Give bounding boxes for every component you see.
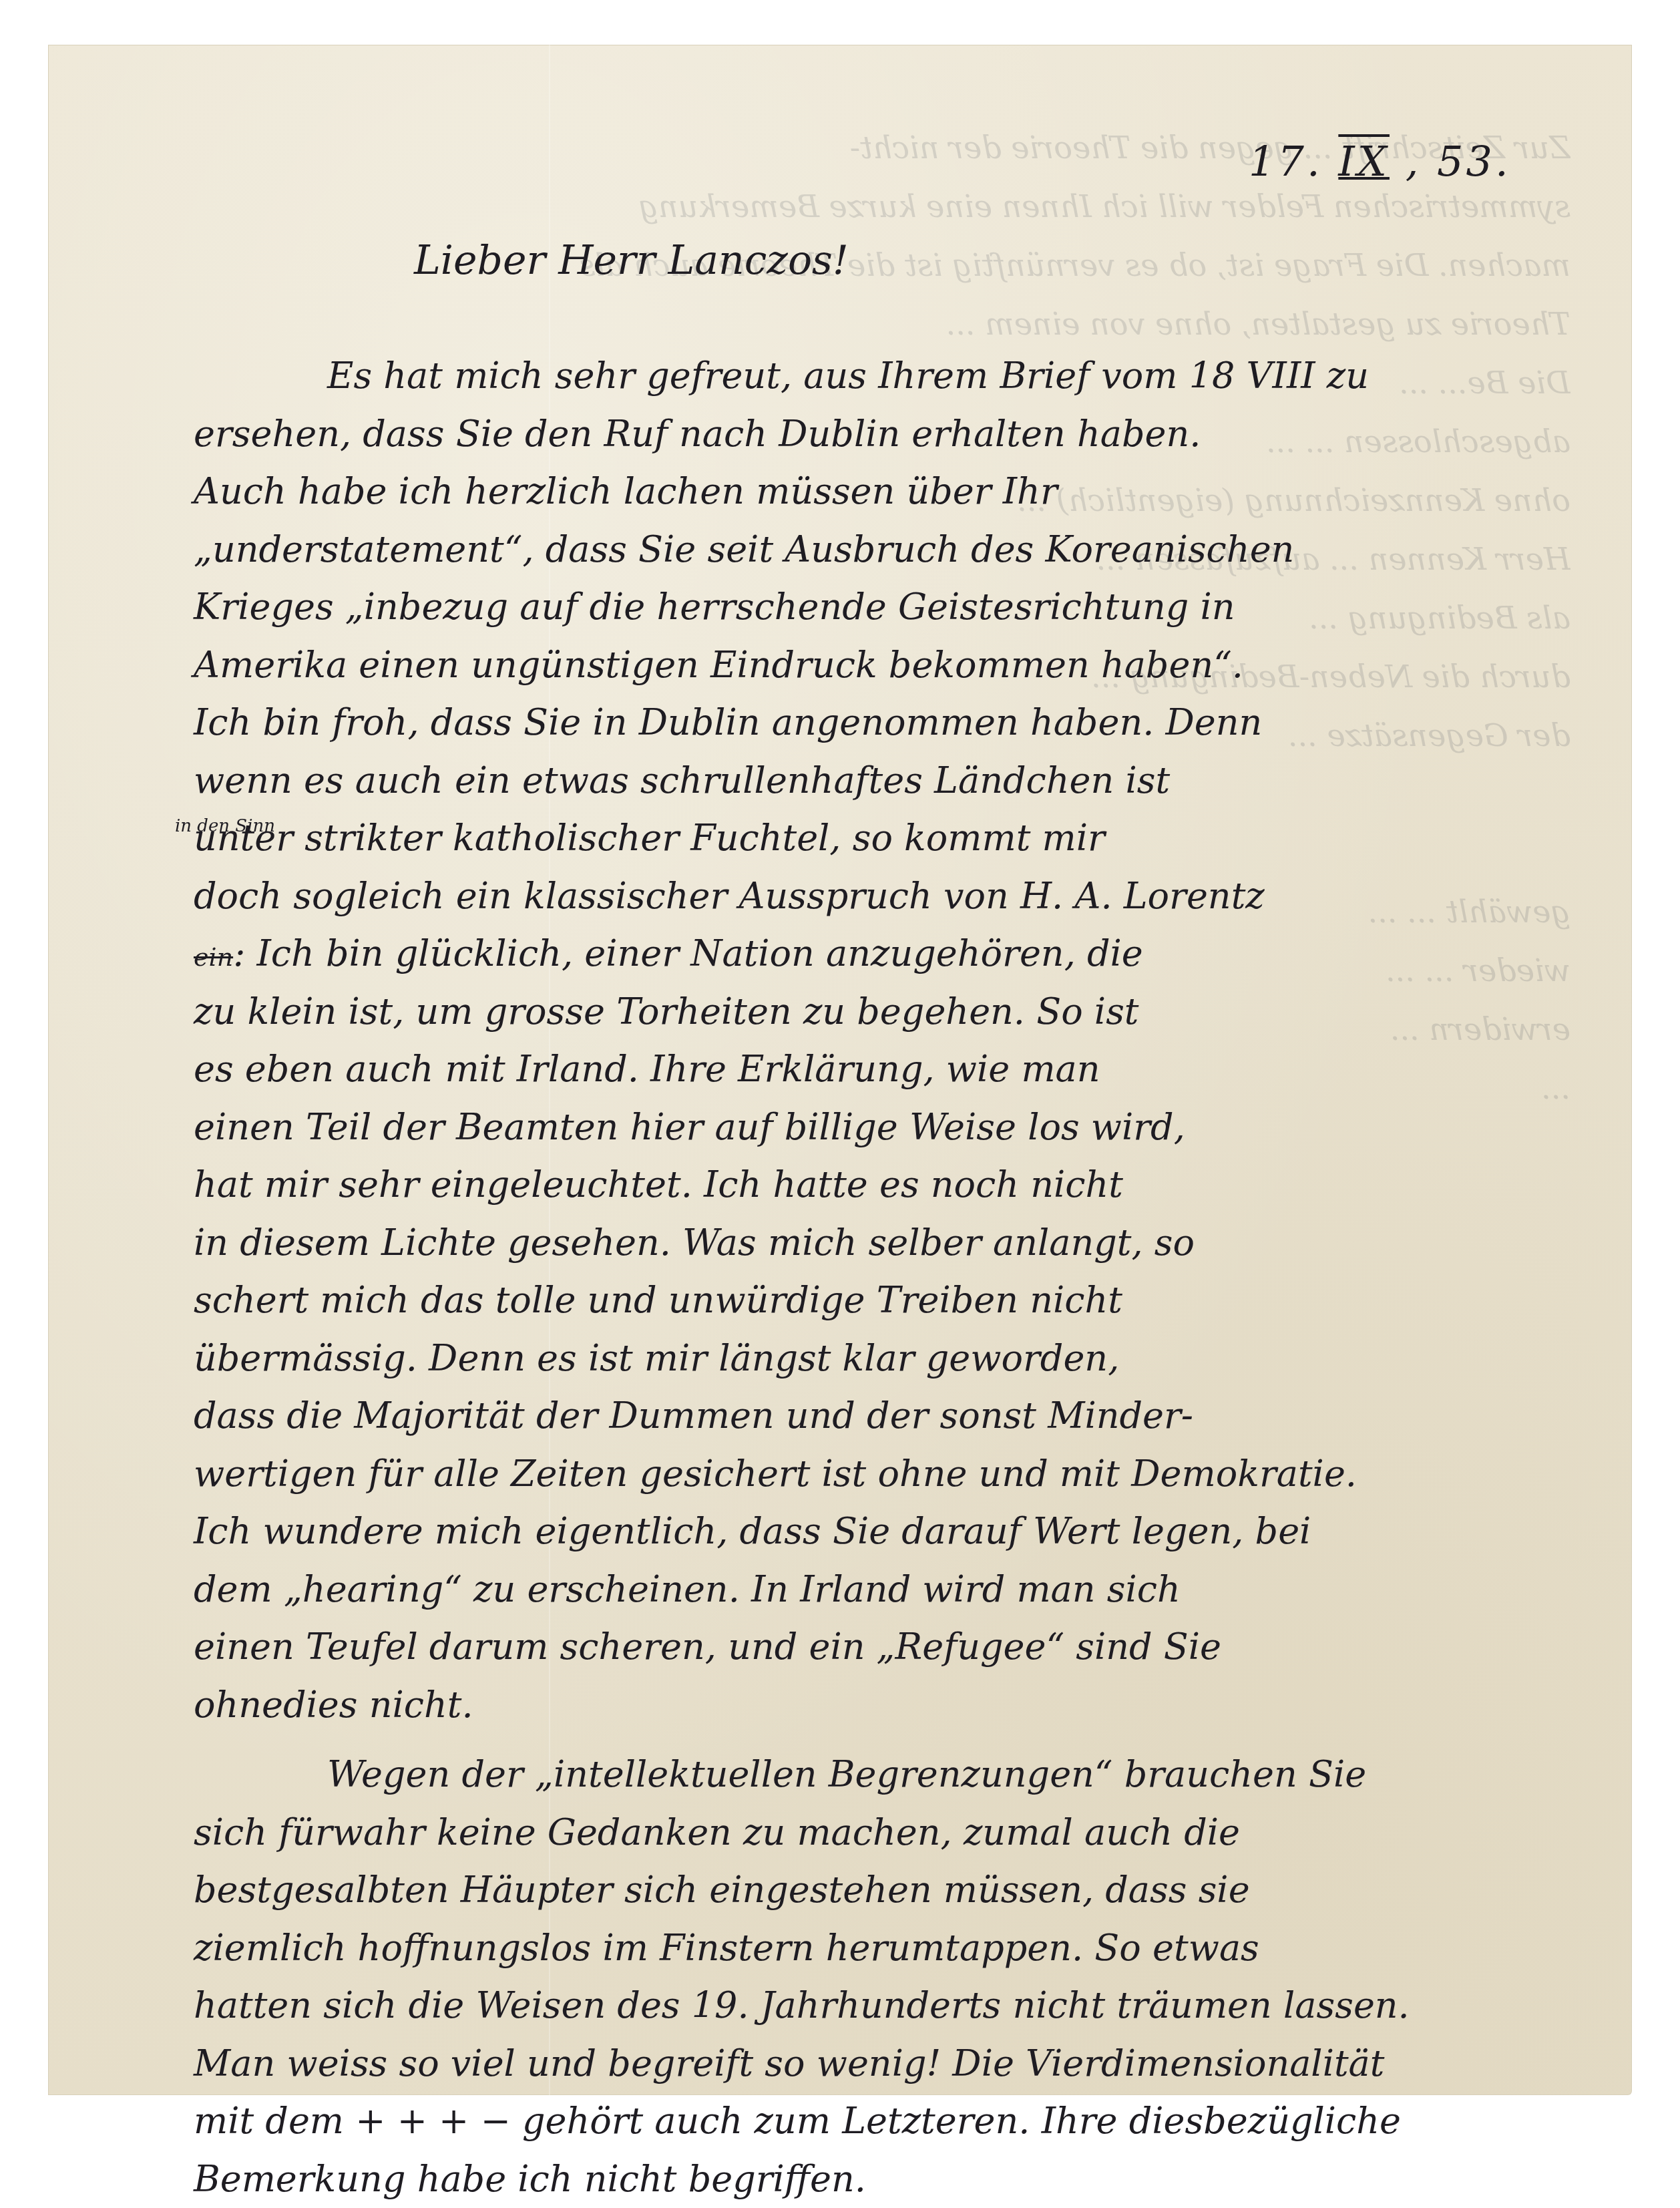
body-line: schert mich das tolle und unwürdige Trei… xyxy=(194,1272,1536,1330)
body-line: „understatement“, dass Sie seit Ausbruch… xyxy=(194,521,1536,579)
body-line: übermässig. Denn es ist mir längst klar … xyxy=(194,1330,1536,1388)
body-line: zu klein ist, um grosse Torheiten zu beg… xyxy=(194,983,1536,1041)
date-year: , 53. xyxy=(1406,137,1511,186)
body-line: wenn es auch ein etwas schrullenhaftes L… xyxy=(194,752,1536,810)
body-line: Krieges „inbezug auf die herrschende Gei… xyxy=(194,578,1536,636)
body-line: ohnedies nicht. xyxy=(194,1676,1536,1734)
body-line: doch sogleich ein klassischer Ausspruch … xyxy=(194,868,1536,926)
body-line: in diesem Lichte gesehen. Was mich selbe… xyxy=(194,1214,1536,1272)
body-line-with-strikeout: ein: Ich bin glücklich, einer Nation anz… xyxy=(194,925,1536,983)
letter-date: 17. IX , 53. xyxy=(1249,137,1511,186)
body-line: bestgesalbten Häupter sich eingestehen m… xyxy=(194,1861,1536,1919)
body-line: wertigen für alle Zeiten gesichert ist o… xyxy=(194,1445,1536,1503)
body-line-text: : Ich bin glücklich, einer Nation anzuge… xyxy=(233,932,1143,974)
body-line: Amerika einen ungünstigen Eindruck bekom… xyxy=(194,636,1536,695)
struck-word: ein xyxy=(194,942,233,972)
body-line: ersehen, dass Sie den Ruf nach Dublin er… xyxy=(194,405,1536,464)
date-month: IX xyxy=(1338,137,1390,186)
body-line: sich fürwahr keine Gedanken zu machen, z… xyxy=(194,1804,1536,1862)
body-line: mit dem + + + − gehört auch zum Letztere… xyxy=(194,2092,1536,2137)
body-line: dem „hearing“ zu erscheinen. In Irland w… xyxy=(194,1561,1536,1619)
body-line: Es hat mich sehr gefreut, aus Ihrem Brie… xyxy=(194,347,1536,405)
body-line: Man weiss so viel und begreift so wenig!… xyxy=(194,2035,1536,2093)
body-line: Wegen der „intellektuellen Begrenzungen“… xyxy=(194,1746,1536,1804)
body-line: einen Teil der Beamten hier auf billige … xyxy=(194,1099,1536,1157)
letter-body: Es hat mich sehr gefreut, aus Ihrem Brie… xyxy=(194,347,1536,2137)
body-line: einen Teufel darum scheren, und ein „Ref… xyxy=(194,1618,1536,1676)
body-line: ziemlich hoffnungslos im Finstern herumt… xyxy=(194,1919,1536,1978)
salutation: Lieber Herr Lanczos! xyxy=(414,237,849,284)
body-line: Ich wundere mich eigentlich, dass Sie da… xyxy=(194,1503,1536,1561)
body-line: Ich bin froh, dass Sie in Dublin angenom… xyxy=(194,694,1536,752)
body-line: Auch habe ich herzlich lachen müssen übe… xyxy=(194,463,1536,521)
body-line: dass die Majorität der Dummen und der so… xyxy=(194,1387,1536,1445)
body-line: hat mir sehr eingeleuchtet. Ich hatte es… xyxy=(194,1156,1536,1214)
body-line: unter strikter katholischer Fuchtel, so … xyxy=(194,809,1536,868)
body-line: hatten sich die Weisen des 19. Jahrhunde… xyxy=(194,1977,1536,2035)
body-line: es eben auch mit Irland. Ihre Erklärung,… xyxy=(194,1041,1536,1099)
date-day: 17. xyxy=(1249,137,1323,186)
